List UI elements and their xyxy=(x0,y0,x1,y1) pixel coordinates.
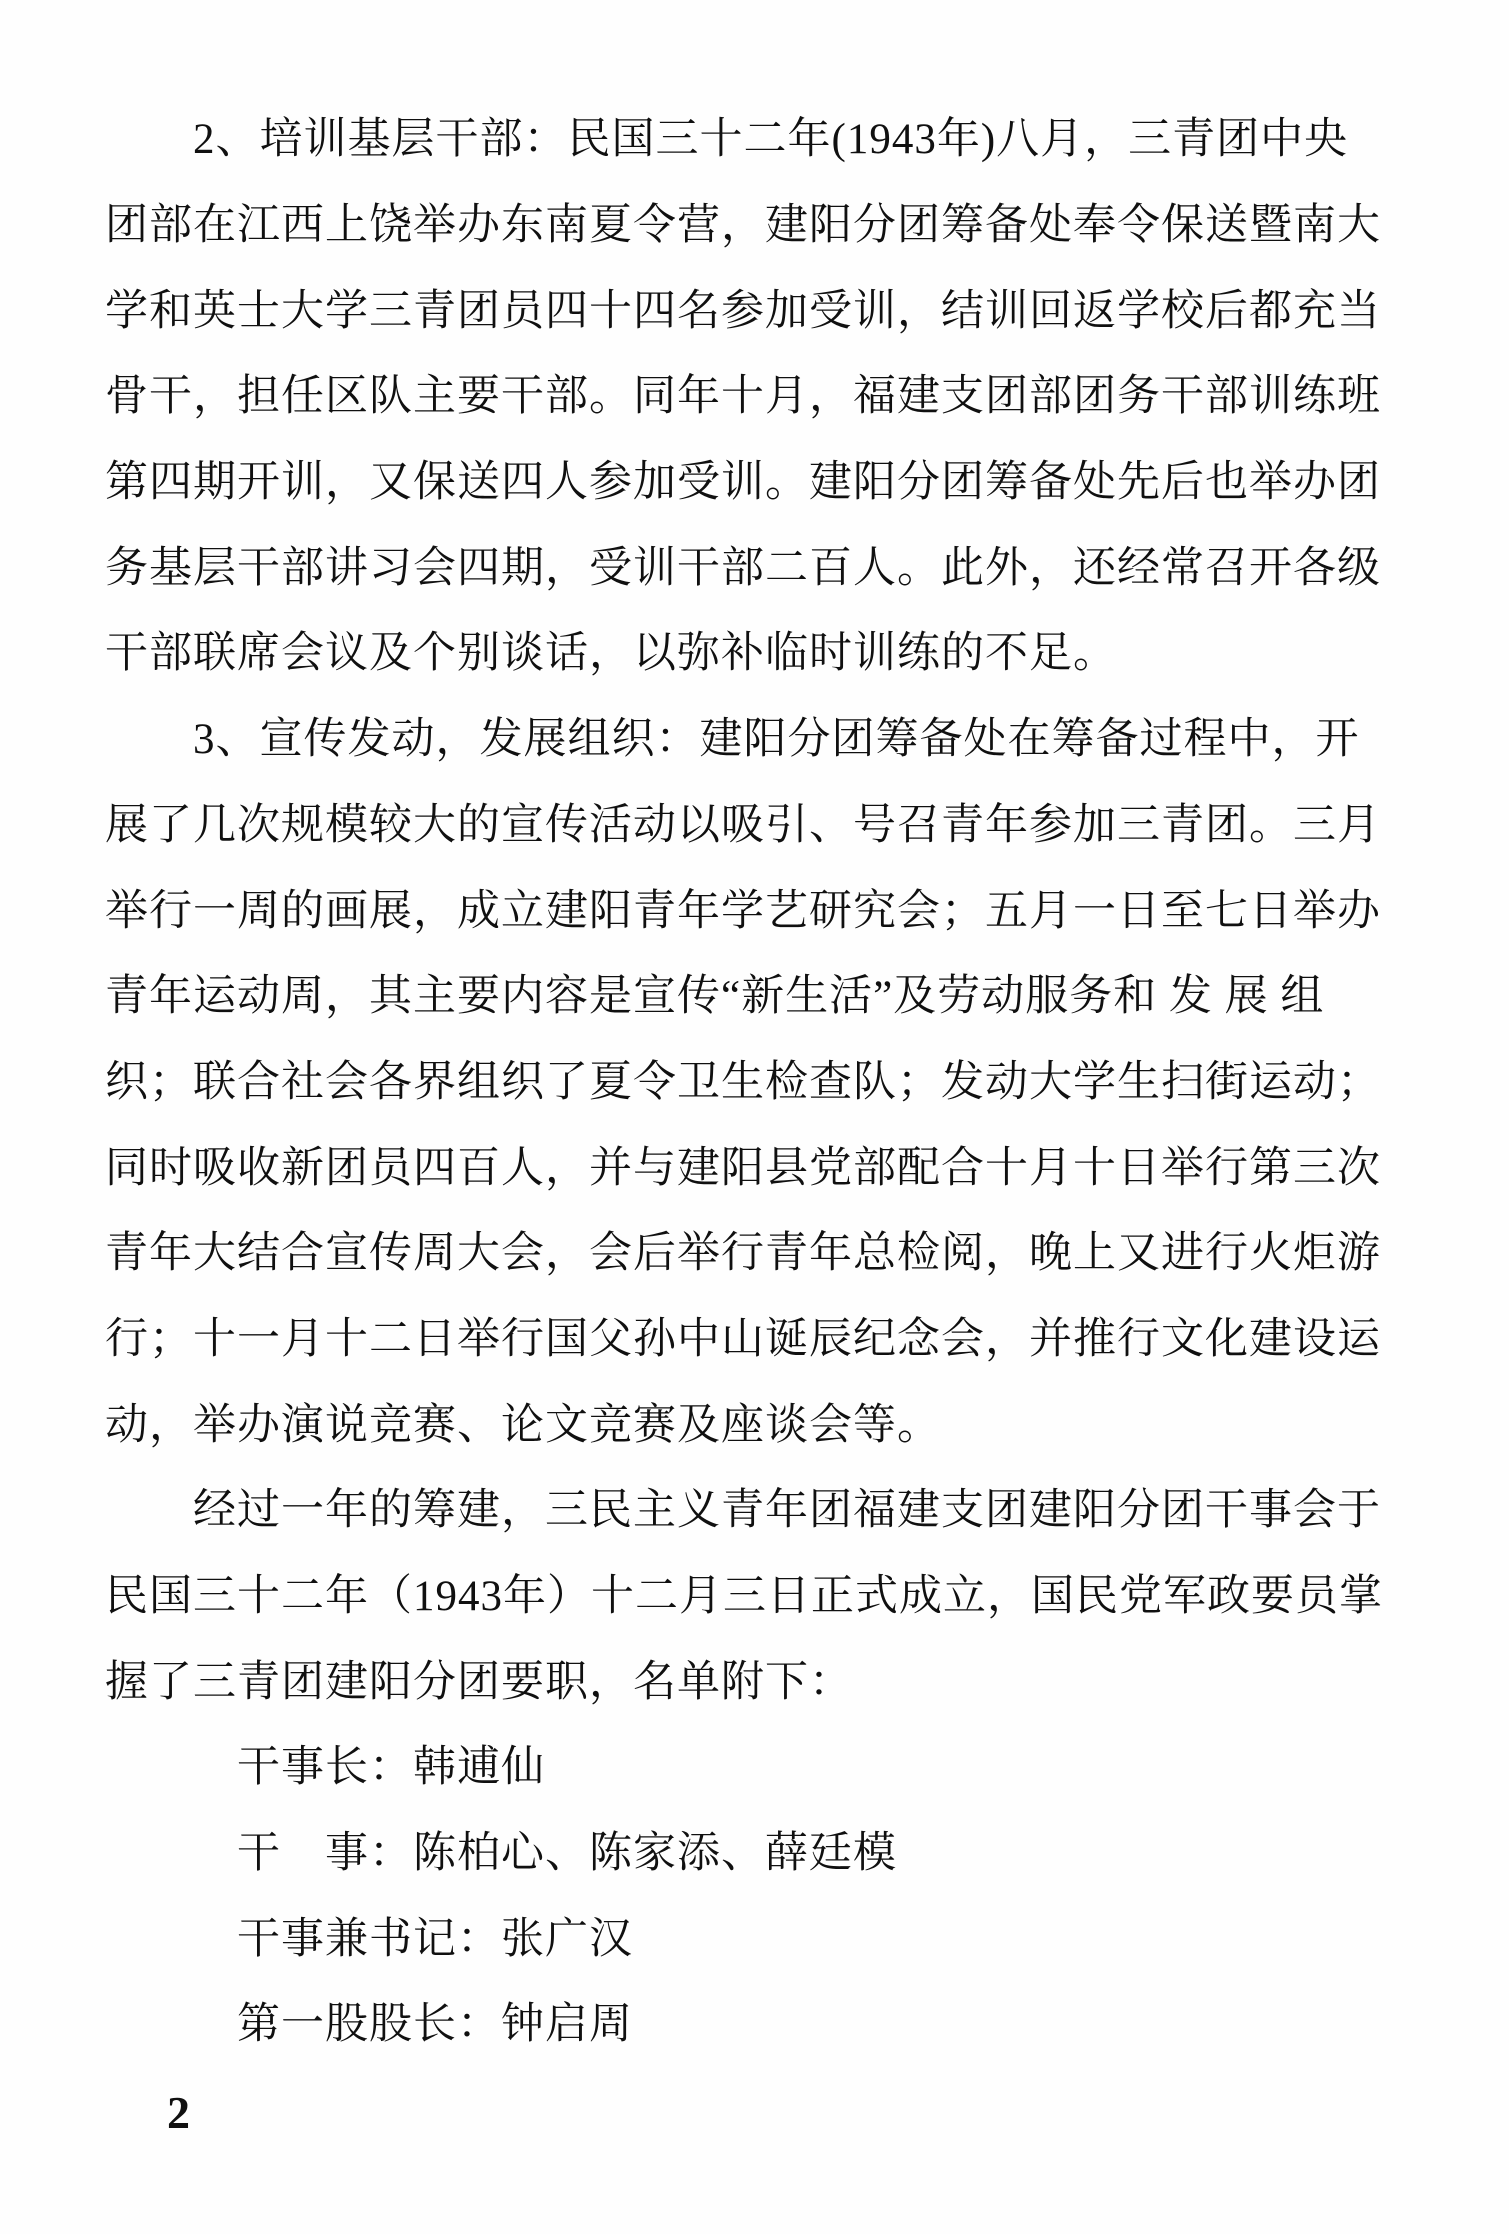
text-line: 务基层干部讲习会四期，受训干部二百人。此外，还经常召开各级 xyxy=(105,521,1409,607)
text-line: 干事兼书记：张广汉 xyxy=(105,1892,1409,1978)
text-line: 第四期开训，又保送四人参加受训。建阳分团筹备处先后也举办团 xyxy=(105,436,1409,522)
text-line: 青年大结合宣传周大会，会后举行青年总检阅，晚上又进行火炬游 xyxy=(105,1207,1409,1293)
text-line: 青年运动周，其主要内容是宣传“新生活”及劳动服务和 发 展 组 xyxy=(105,950,1409,1036)
document-text-block: 2、培训基层干部：民国三十二年(1943年)八月，三青团中央 团部在江西上饶举办… xyxy=(105,93,1409,2064)
text-line: 干部联席会议及个别谈话，以弥补临时训练的不足。 xyxy=(105,607,1409,693)
text-line: 展了几次规模较大的宣传活动以吸引、号召青年参加三青团。三月 xyxy=(105,779,1409,865)
text-line: 骨干，担任区队主要干部。同年十月，福建支团部团务干部训练班 xyxy=(105,350,1409,436)
text-line: 2、培训基层干部：民国三十二年(1943年)八月，三青团中央 xyxy=(105,93,1409,179)
text-line: 学和英士大学三青团员四十四名参加受训，结训回返学校后都充当 xyxy=(105,264,1409,350)
text-line: 团部在江西上饶举办东南夏令营，建阳分团筹备处奉令保送暨南大 xyxy=(105,179,1409,265)
text-line: 干 事：陈柏心、陈家添、薛廷模 xyxy=(105,1807,1409,1893)
document-page: 2、培训基层干部：民国三十二年(1943年)八月，三青团中央 团部在江西上饶举办… xyxy=(0,0,1509,2234)
page-number: 2 xyxy=(167,2086,190,2139)
text-line: 织；联合社会各界组织了夏令卫生检查队；发动大学生扫街运动； xyxy=(105,1036,1409,1122)
page-footer: 2 xyxy=(105,2070,1409,2156)
text-line: 经过一年的筹建，三民主义青年团福建支团建阳分团干事会于 xyxy=(105,1464,1409,1550)
text-line: 民国三十二年（1943年）十二月三日正式成立，国民党军政要员掌 xyxy=(105,1550,1409,1636)
text-line: 握了三青团建阳分团要职，名单附下： xyxy=(105,1635,1409,1721)
text-line: 动，举办演说竞赛、论文竞赛及座谈会等。 xyxy=(105,1378,1409,1464)
text-line: 干事长：韩逋仙 xyxy=(105,1721,1409,1807)
text-line: 举行一周的画展，成立建阳青年学艺研究会；五月一日至七日举办 xyxy=(105,864,1409,950)
text-line: 同时吸收新团员四百人，并与建阳县党部配合十月十日举行第三次 xyxy=(105,1121,1409,1207)
text-line: 3、宣传发动，发展组织：建阳分团筹备处在筹备过程中，开 xyxy=(105,693,1409,779)
text-line: 第一股股长：钟启周 xyxy=(105,1978,1409,2064)
text-line: 行；十一月十二日举行国父孙中山诞辰纪念会，并推行文化建设运 xyxy=(105,1293,1409,1379)
